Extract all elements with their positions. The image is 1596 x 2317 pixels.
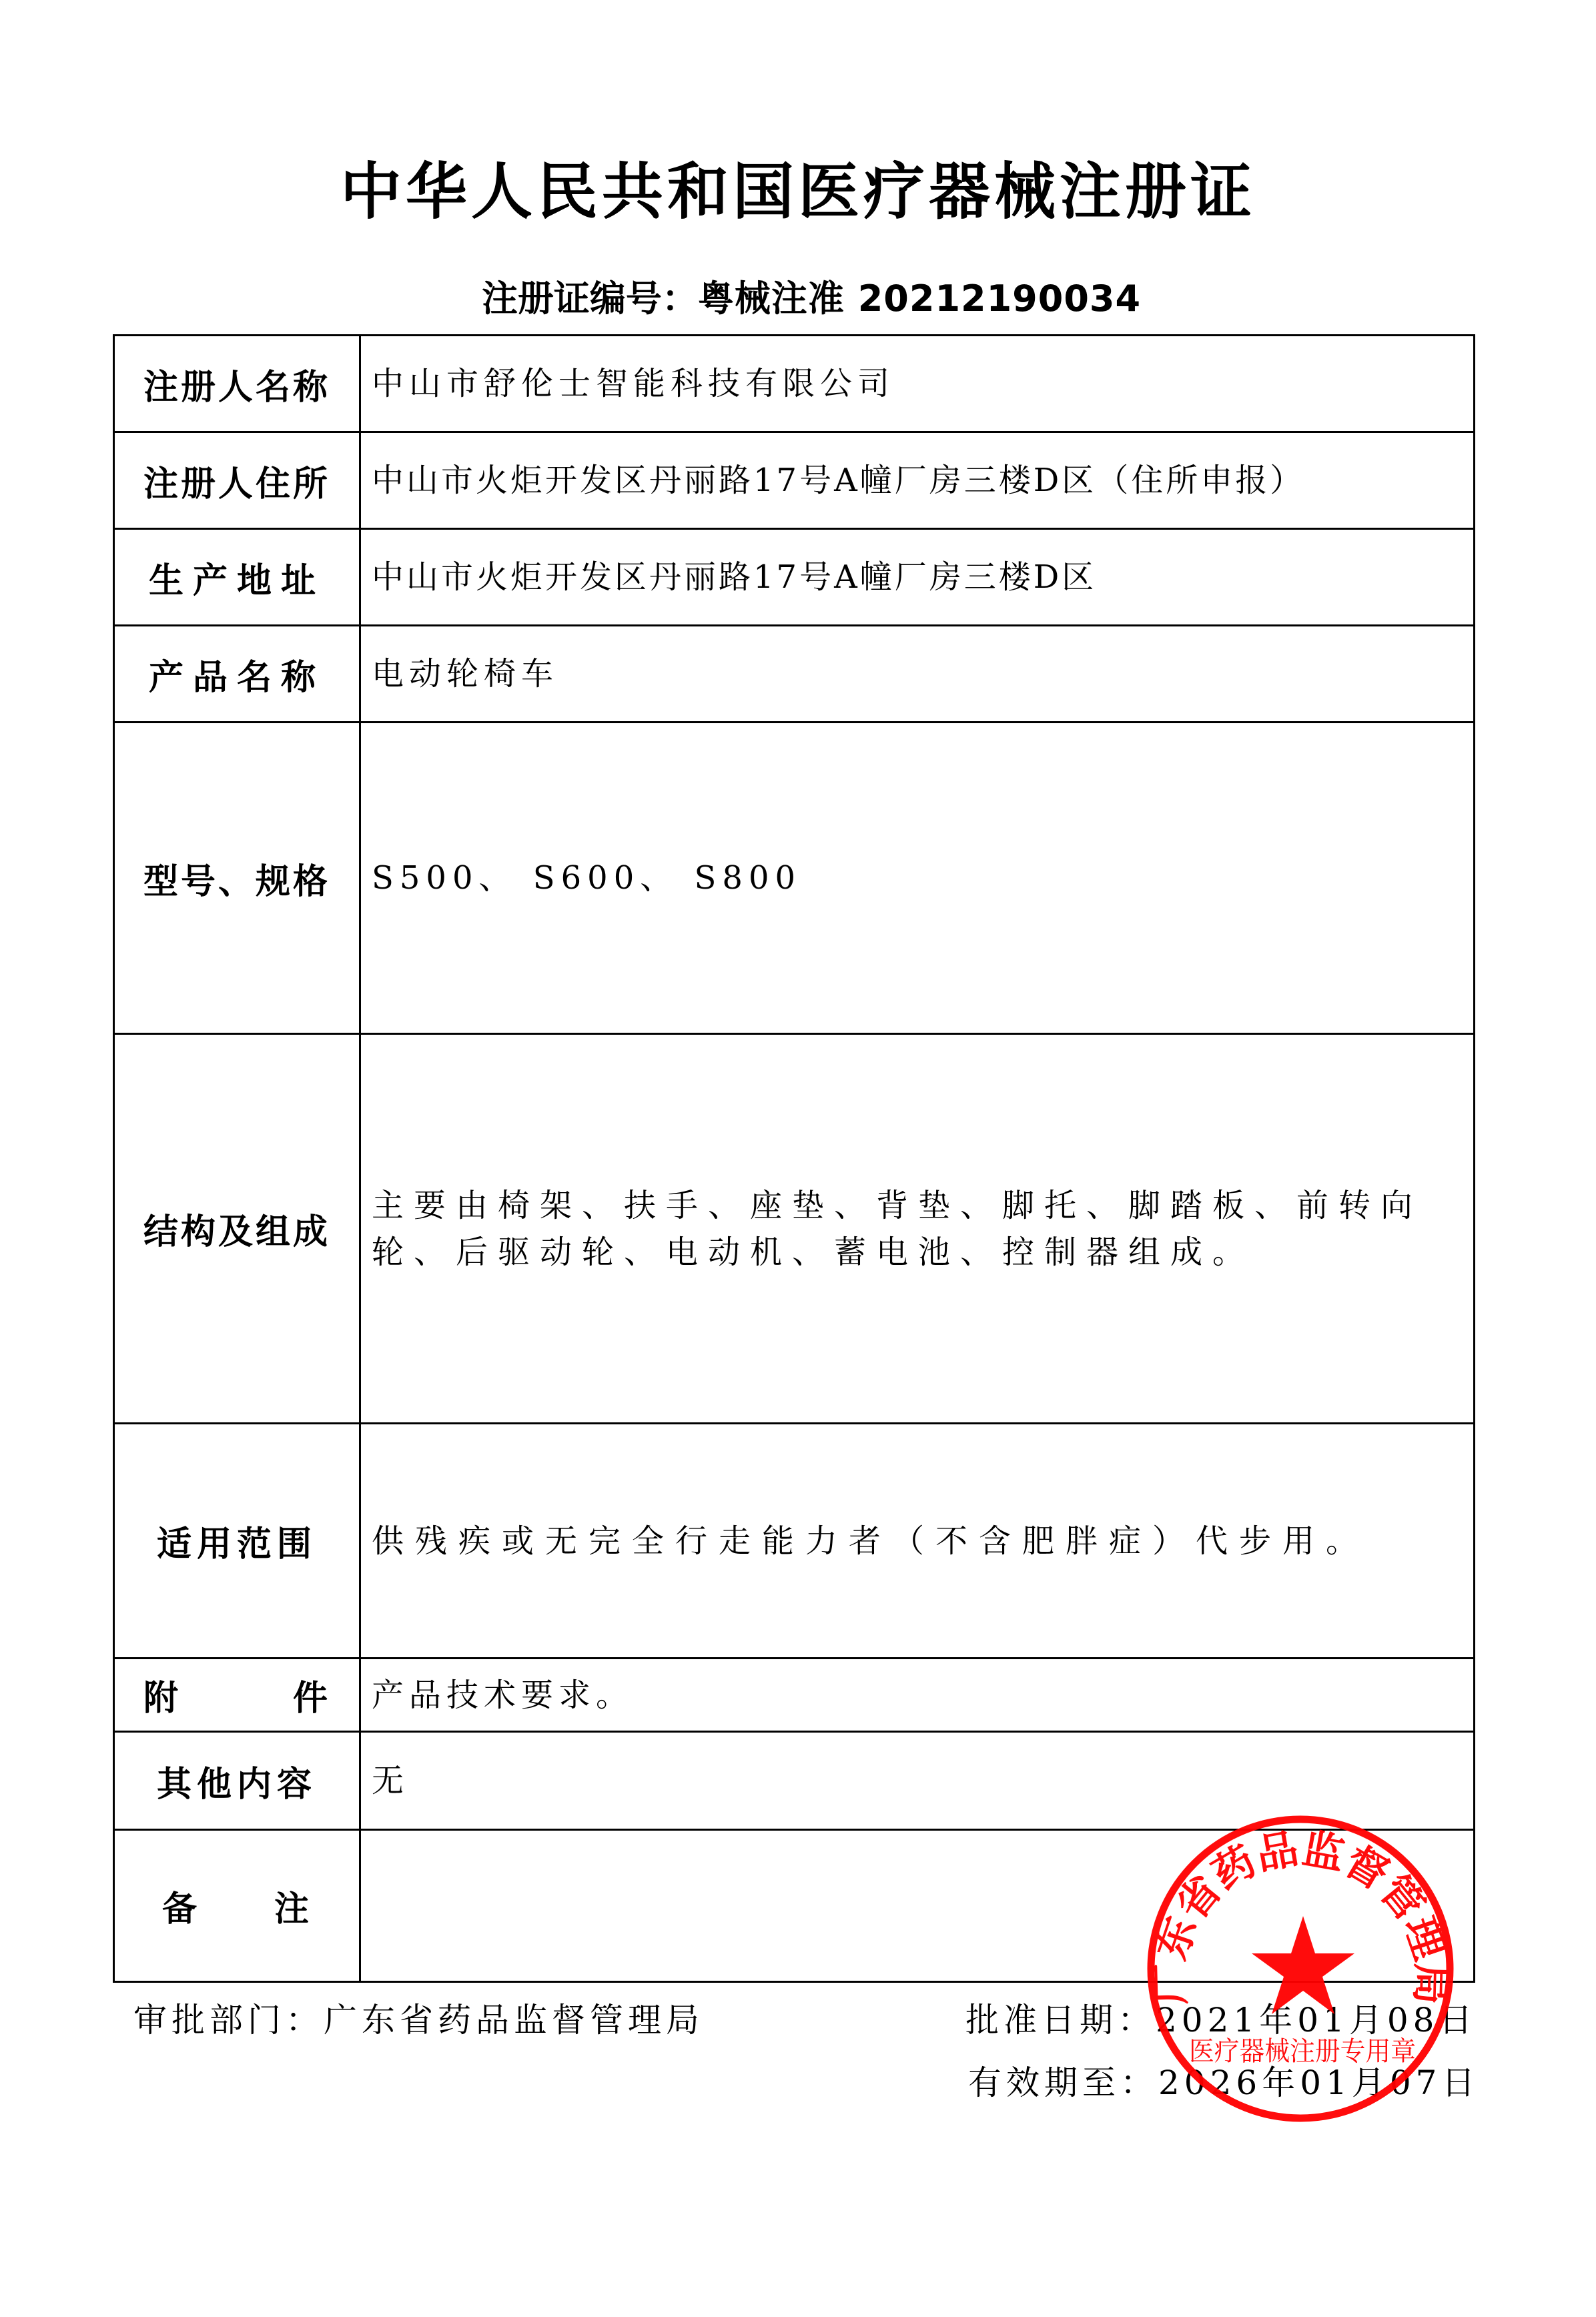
row-label: 附 件	[114, 1659, 360, 1732]
table-row-remarks: 备 注	[114, 1830, 1475, 1982]
registration-number-value: 粤械注准 20212190034	[698, 278, 1141, 320]
approval-date: 批准日期：2021年01月08日	[965, 2000, 1477, 2040]
document-title: 中华人民共和国医疗器械注册证	[0, 157, 1596, 227]
row-value	[360, 1830, 1475, 1982]
registration-number: 注册证编号：粤械注准 20212190034	[0, 275, 1596, 323]
table-row-registrant-address: 注册人住所 中山市火炬开发区丹丽路17号A幢厂房三楼D区（住所申报）	[114, 432, 1475, 529]
row-label: 注册人名称	[114, 336, 360, 432]
row-label: 生产地址	[114, 529, 360, 626]
row-label: 注册人住所	[114, 432, 360, 529]
table-row-scope: 适用范围 供残疾或无完全行走能力者（不含肥胖症）代步用。	[114, 1424, 1475, 1659]
row-label: 备 注	[114, 1830, 360, 1982]
table-row-other: 其他内容 无	[114, 1732, 1475, 1830]
row-value: 无	[360, 1732, 1475, 1830]
row-label: 产品名称	[114, 626, 360, 723]
table-row-structure: 结构及组成 主要由椅架、扶手、座垫、背垫、脚托、脚踏板、前转向轮、后驱动轮、电动…	[114, 1034, 1475, 1424]
row-label: 型号、规格	[114, 723, 360, 1034]
table-row-registrant-name: 注册人名称 中山市舒伦士智能科技有限公司	[114, 336, 1475, 432]
row-label: 其他内容	[114, 1732, 360, 1830]
row-label: 结构及组成	[114, 1034, 360, 1424]
row-value: 中山市火炬开发区丹丽路17号A幢厂房三楼D区	[360, 529, 1475, 626]
row-value: 产品技术要求。	[360, 1659, 1475, 1732]
valid-until-date: 有效期至：2026年01月07日	[968, 2063, 1480, 2103]
row-value: S500、 S600、 S800	[360, 723, 1475, 1034]
approval-department: 审批部门：广东省药品监督管理局	[133, 2000, 704, 2040]
row-value: 供残疾或无完全行走能力者（不含肥胖症）代步用。	[360, 1424, 1475, 1659]
table-row-attachment: 附 件 产品技术要求。	[114, 1659, 1475, 1732]
row-value: 电动轮椅车	[360, 626, 1475, 723]
table-row-product-name: 产品名称 电动轮椅车	[114, 626, 1475, 723]
table-row-model-spec: 型号、规格 S500、 S600、 S800	[114, 723, 1475, 1034]
row-value: 中山市火炬开发区丹丽路17号A幢厂房三楼D区（住所申报）	[360, 432, 1475, 529]
registration-number-label: 注册证编号：	[482, 278, 698, 320]
table-row-production-address: 生产地址 中山市火炬开发区丹丽路17号A幢厂房三楼D区	[114, 529, 1475, 626]
row-value: 主要由椅架、扶手、座垫、背垫、脚托、脚踏板、前转向轮、后驱动轮、电动机、蓄电池、…	[360, 1034, 1475, 1424]
certificate-table: 注册人名称 中山市舒伦士智能科技有限公司 注册人住所 中山市火炬开发区丹丽路17…	[113, 334, 1475, 1983]
row-label: 适用范围	[114, 1424, 360, 1659]
row-value: 中山市舒伦士智能科技有限公司	[360, 336, 1475, 432]
